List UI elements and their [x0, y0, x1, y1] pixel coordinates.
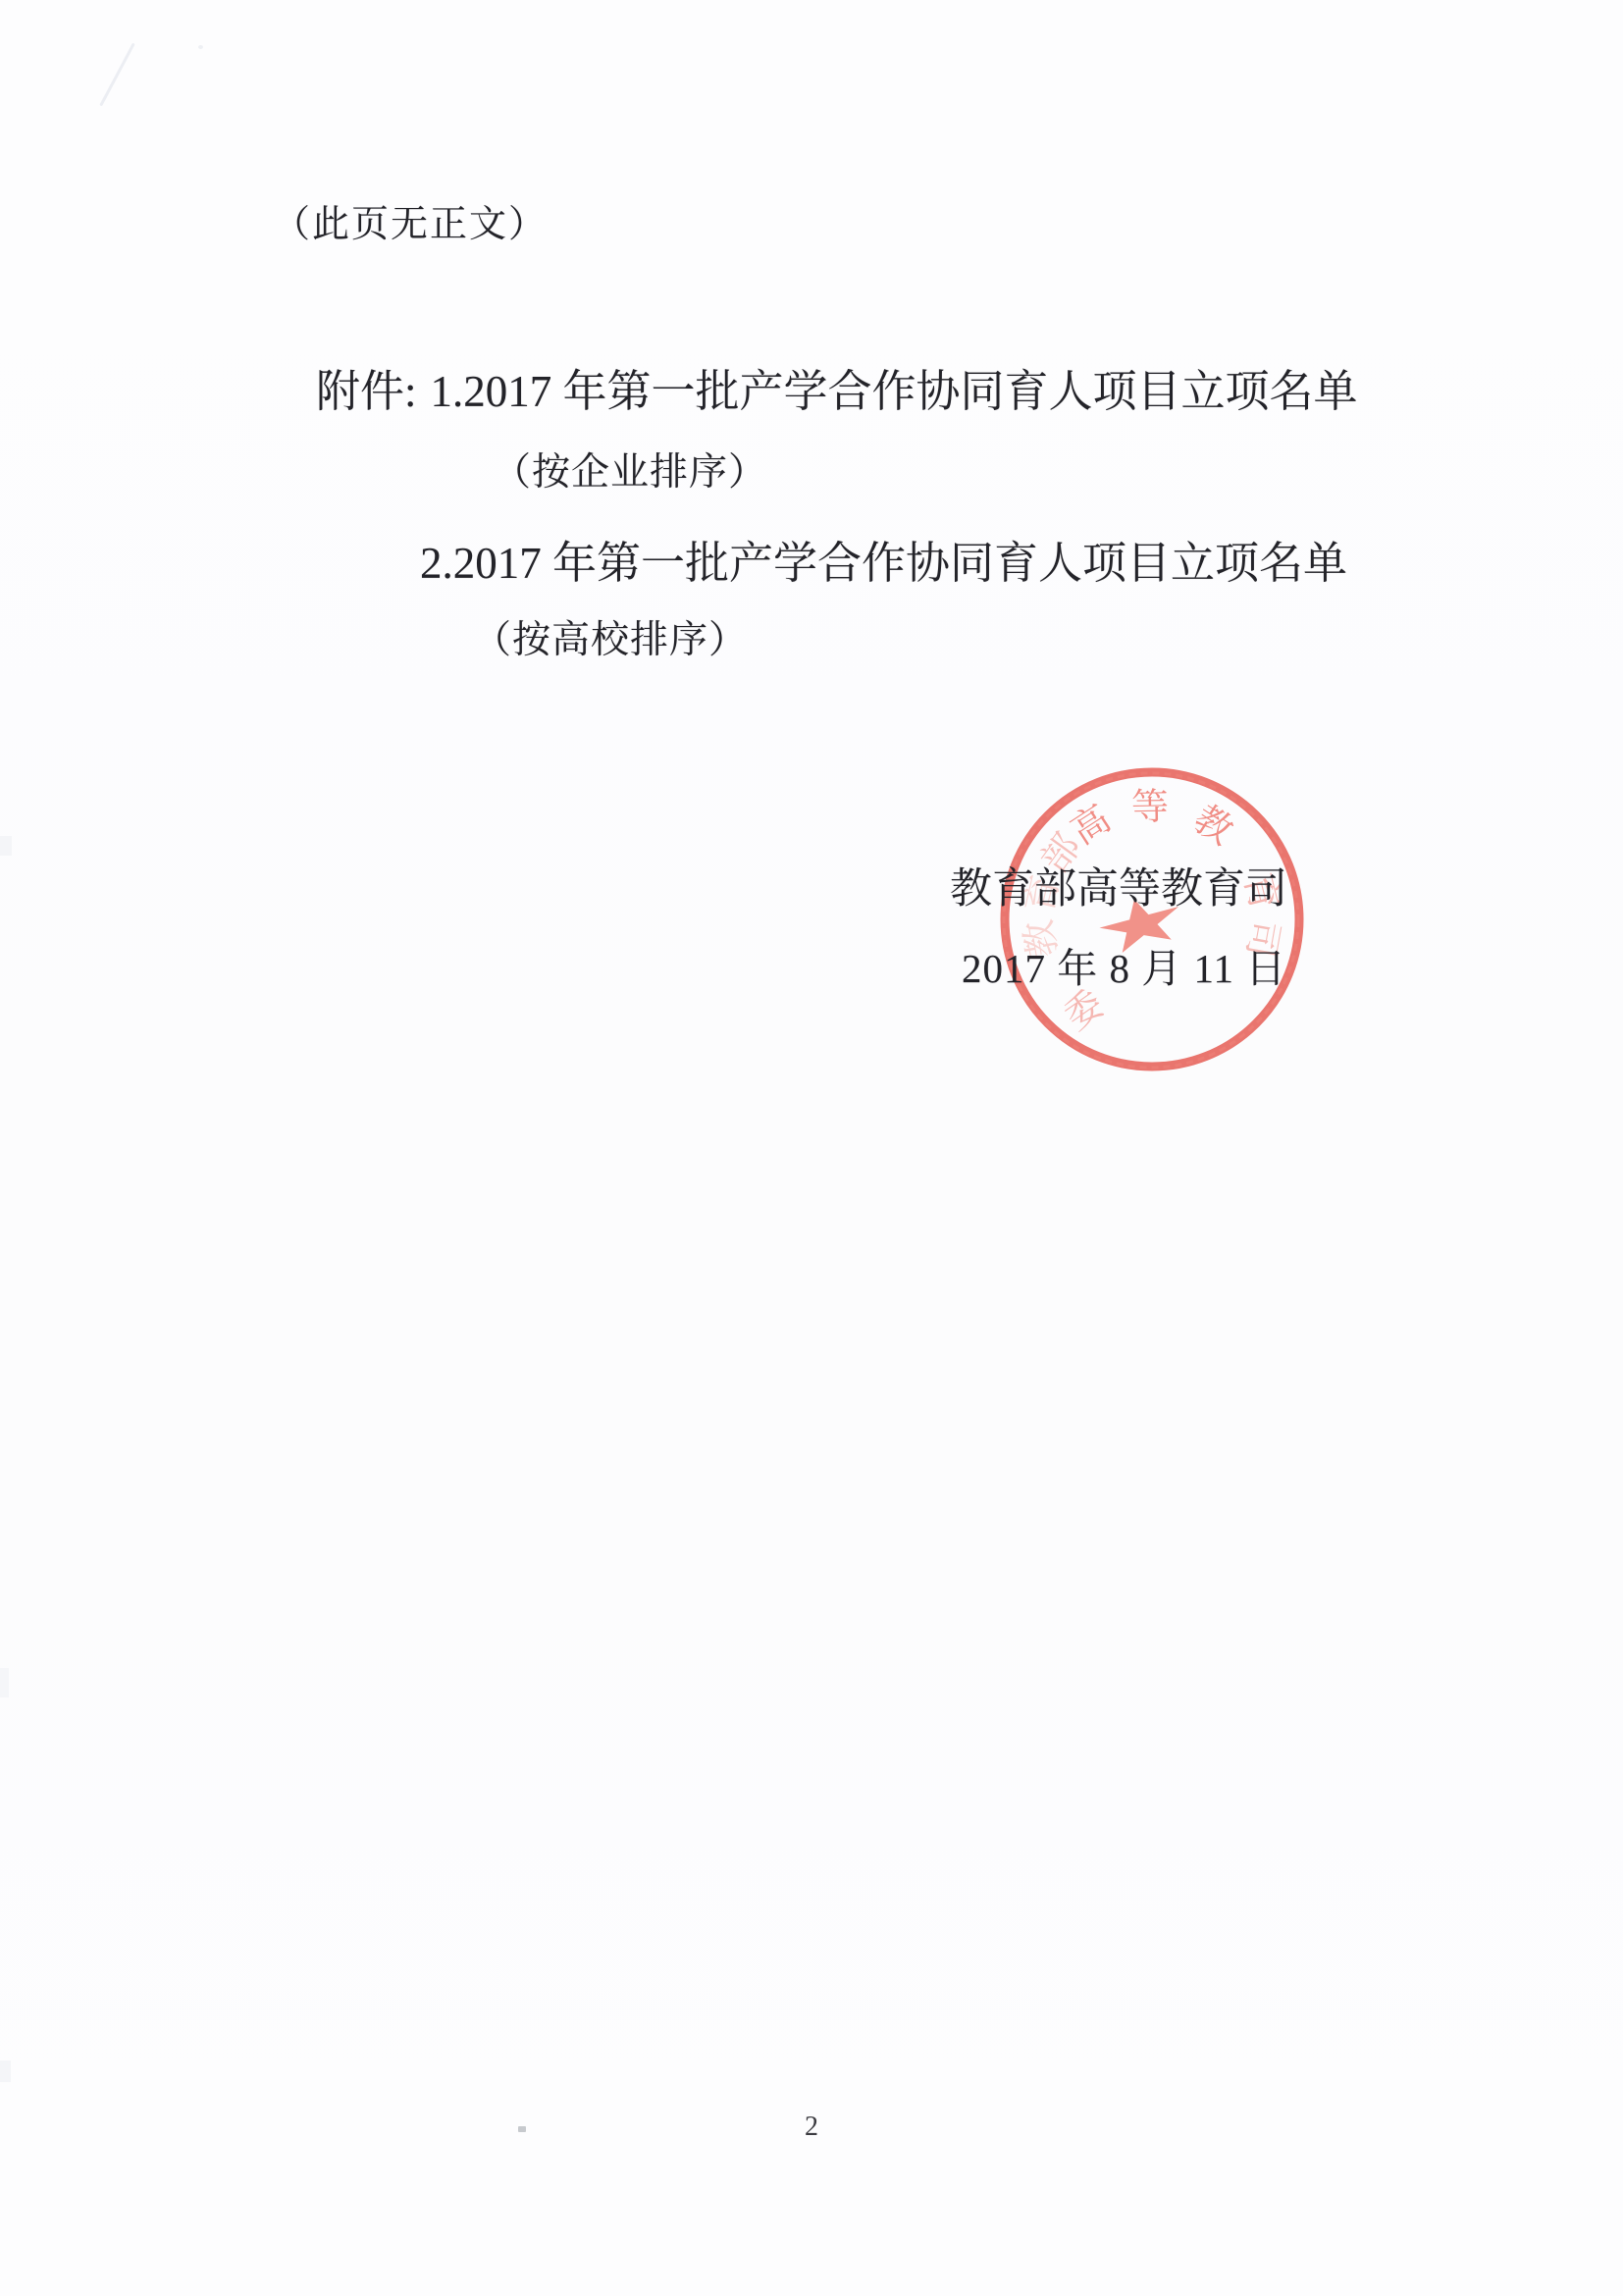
scan-artifact-dot — [198, 45, 203, 49]
attachment-label: 附件: — [316, 367, 417, 418]
scan-artifact-scratch — [99, 43, 134, 107]
scan-artifact-speck — [518, 2126, 526, 2132]
seal-arc-char: 教 — [1186, 798, 1240, 853]
scan-artifact-smudge — [0, 836, 12, 856]
no-body-text-notice: （此页无正文） — [273, 204, 548, 247]
signature-date: 2017 年 8 月 11 日 — [962, 946, 1286, 992]
attachment-line-1: 附件: 1.2017 年第一批产学合作协同育人项目立项名单 — [316, 367, 1358, 418]
seal-arc-char: 等 — [1131, 787, 1170, 829]
attachment-item-1-title: 1.2017 年第一批产学合作协同育人项目立项名单 — [431, 367, 1358, 418]
scan-artifact-smudge — [0, 1668, 9, 1697]
scan-artifact-smudge — [0, 2061, 11, 2082]
attachment-item-2-title: 2.2017 年第一批产学合作协同育人项目立项名单 — [420, 539, 1347, 590]
page-number: 2 — [805, 2112, 818, 2143]
scanned-document-page: （此页无正文） 附件: 1.2017 年第一批产学合作协同育人项目立项名单 （按… — [0, 0, 1623, 2296]
official-seal: 教 育 部 高 等 教 育 司 委 — [991, 754, 1315, 1087]
attachment-item-1-sort-note: （按企业排序） — [493, 451, 767, 496]
attachment-item-2-sort-note: （按高校排序） — [473, 619, 748, 663]
signature-organization: 教育部高等教育司 — [950, 865, 1287, 913]
